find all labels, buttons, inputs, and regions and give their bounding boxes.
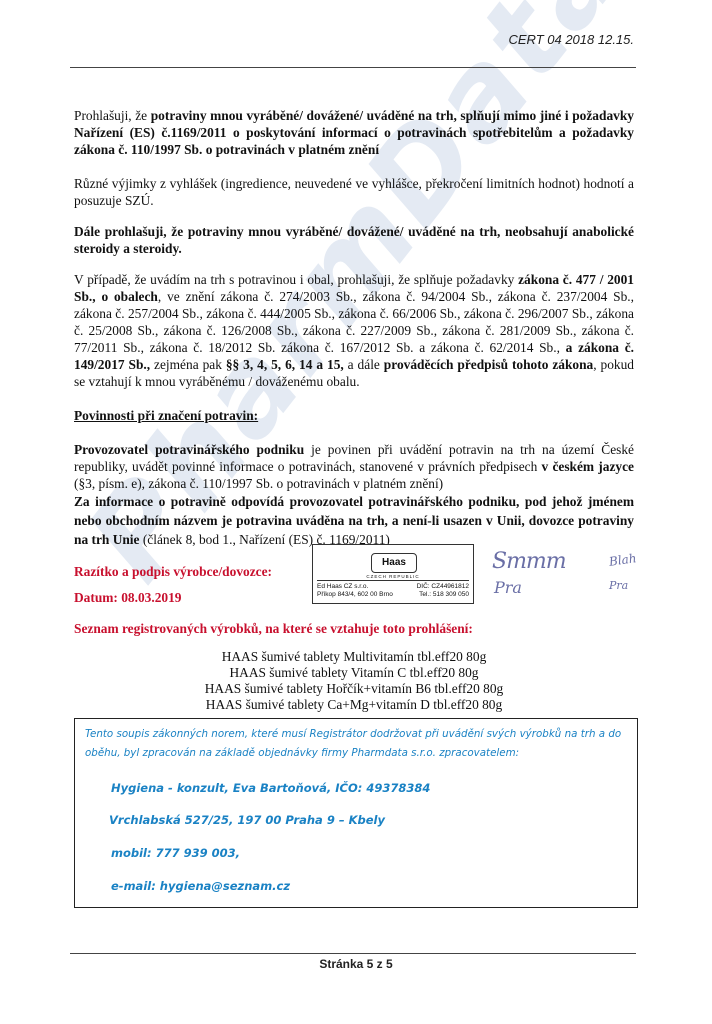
box-intro: Tento soupis zákonných norem, které musí… — [85, 725, 629, 763]
text: Prohlašuji, že — [74, 108, 151, 123]
text: zejména pak — [150, 357, 226, 372]
product-list: HAAS šumivé tablety Multivitamín tbl.eff… — [74, 649, 634, 713]
haas-logo: Haas — [371, 553, 417, 573]
product-item: HAAS šumivé tablety Multivitamín tbl.eff… — [74, 649, 634, 665]
footer-divider — [70, 953, 636, 954]
products-heading: Seznam registrovaných výrobků, na které … — [74, 620, 634, 637]
document-body: Prohlašuji, že potraviny mnou vyráběné/ … — [74, 107, 634, 713]
stamp-dic: DIČ: CZ44961812 — [417, 583, 469, 591]
company-stamp: Haas CZECH REPUBLIC Ed Haas CZ s.r.o. Př… — [312, 544, 474, 604]
document-page: CERT 04 2018 12.15. Prohlašuji, že potra… — [0, 0, 712, 1024]
processor-mobile: mobil: 777 939 003, — [111, 846, 240, 860]
stamp-divider — [317, 580, 469, 581]
date-label: Datum: 08.03.2019 — [74, 589, 182, 606]
stamp-address: Příkop 843/4, 602 00 Brno — [317, 591, 393, 599]
processor-email: e-mail: hygiena@seznam.cz — [111, 879, 290, 893]
text-bold: Provozovatel potravinářského podniku — [74, 442, 304, 457]
paragraph-packaging: V případě, že uvádím na trh s potravinou… — [74, 271, 634, 390]
text: (§3, písm. e), zákona č. 110/1997 Sb. o … — [74, 476, 443, 491]
stamp-tel: Tel.: 518 309 050 — [419, 591, 469, 599]
text: a dále — [344, 357, 384, 372]
paragraph-responsibility: Za informace o potravině odpovídá provoz… — [74, 492, 634, 549]
stamp-company: Ed Haas CZ s.r.o. — [317, 583, 368, 591]
document-code: CERT 04 2018 12.15. — [508, 32, 634, 47]
section-heading: Povinnosti při značení potravin: — [74, 407, 634, 424]
paragraph-labeling: Provozovatel potravinářského podniku je … — [74, 441, 634, 492]
processor-company: Hygiena - konzult, Eva Bartoňová, IČO: 4… — [111, 781, 430, 795]
header-divider — [70, 67, 636, 68]
processor-info-box: Tento soupis zákonných norem, které musí… — [74, 718, 638, 908]
handwritten-note: Pra — [609, 577, 628, 594]
text-bold: §§ 3, 4, 5, 6, 14 a 15, — [226, 357, 344, 372]
paragraph-exceptions: Různé výjimky z vyhlášek (ingredience, n… — [74, 175, 634, 209]
page-number: Stránka 5 z 5 — [0, 957, 712, 971]
handwritten-signature: Blah — [608, 550, 638, 571]
stamp-label: Razítko a podpis výrobce/dovozce: — [74, 563, 272, 580]
text: V případě, že uvádím na trh s potravinou… — [74, 272, 518, 287]
product-item: HAAS šumivé tablety Vitamín C tbl.eff20 … — [74, 665, 634, 681]
text-bold: potraviny mnou vyráběné/ dovážené/ uvádě… — [74, 108, 634, 157]
text-bold: v českém jazyce — [542, 459, 634, 474]
processor-address: Vrchlabská 527/25, 197 00 Praha 9 – Kbel… — [109, 813, 385, 827]
signature-block: Razítko a podpis výrobce/dovozce: Datum:… — [74, 549, 634, 609]
product-item: HAAS šumivé tablety Ca+Mg+vitamín D tbl.… — [74, 697, 634, 713]
text: , ve znění zákona č. 274/2003 Sb., zákon… — [74, 289, 634, 355]
paragraph-steroids: Dále prohlašuji, že potraviny mnou vyráb… — [74, 223, 634, 257]
paragraph-declaration: Prohlašuji, že potraviny mnou vyráběné/ … — [74, 107, 634, 158]
product-item: HAAS šumivé tablety Hořčík+vitamín B6 tb… — [74, 681, 634, 697]
text-bold: prováděcích předpisů tohoto zákona — [384, 357, 593, 372]
handwritten-signature: Smmm — [492, 553, 566, 570]
handwritten-note: Pra — [494, 579, 522, 596]
